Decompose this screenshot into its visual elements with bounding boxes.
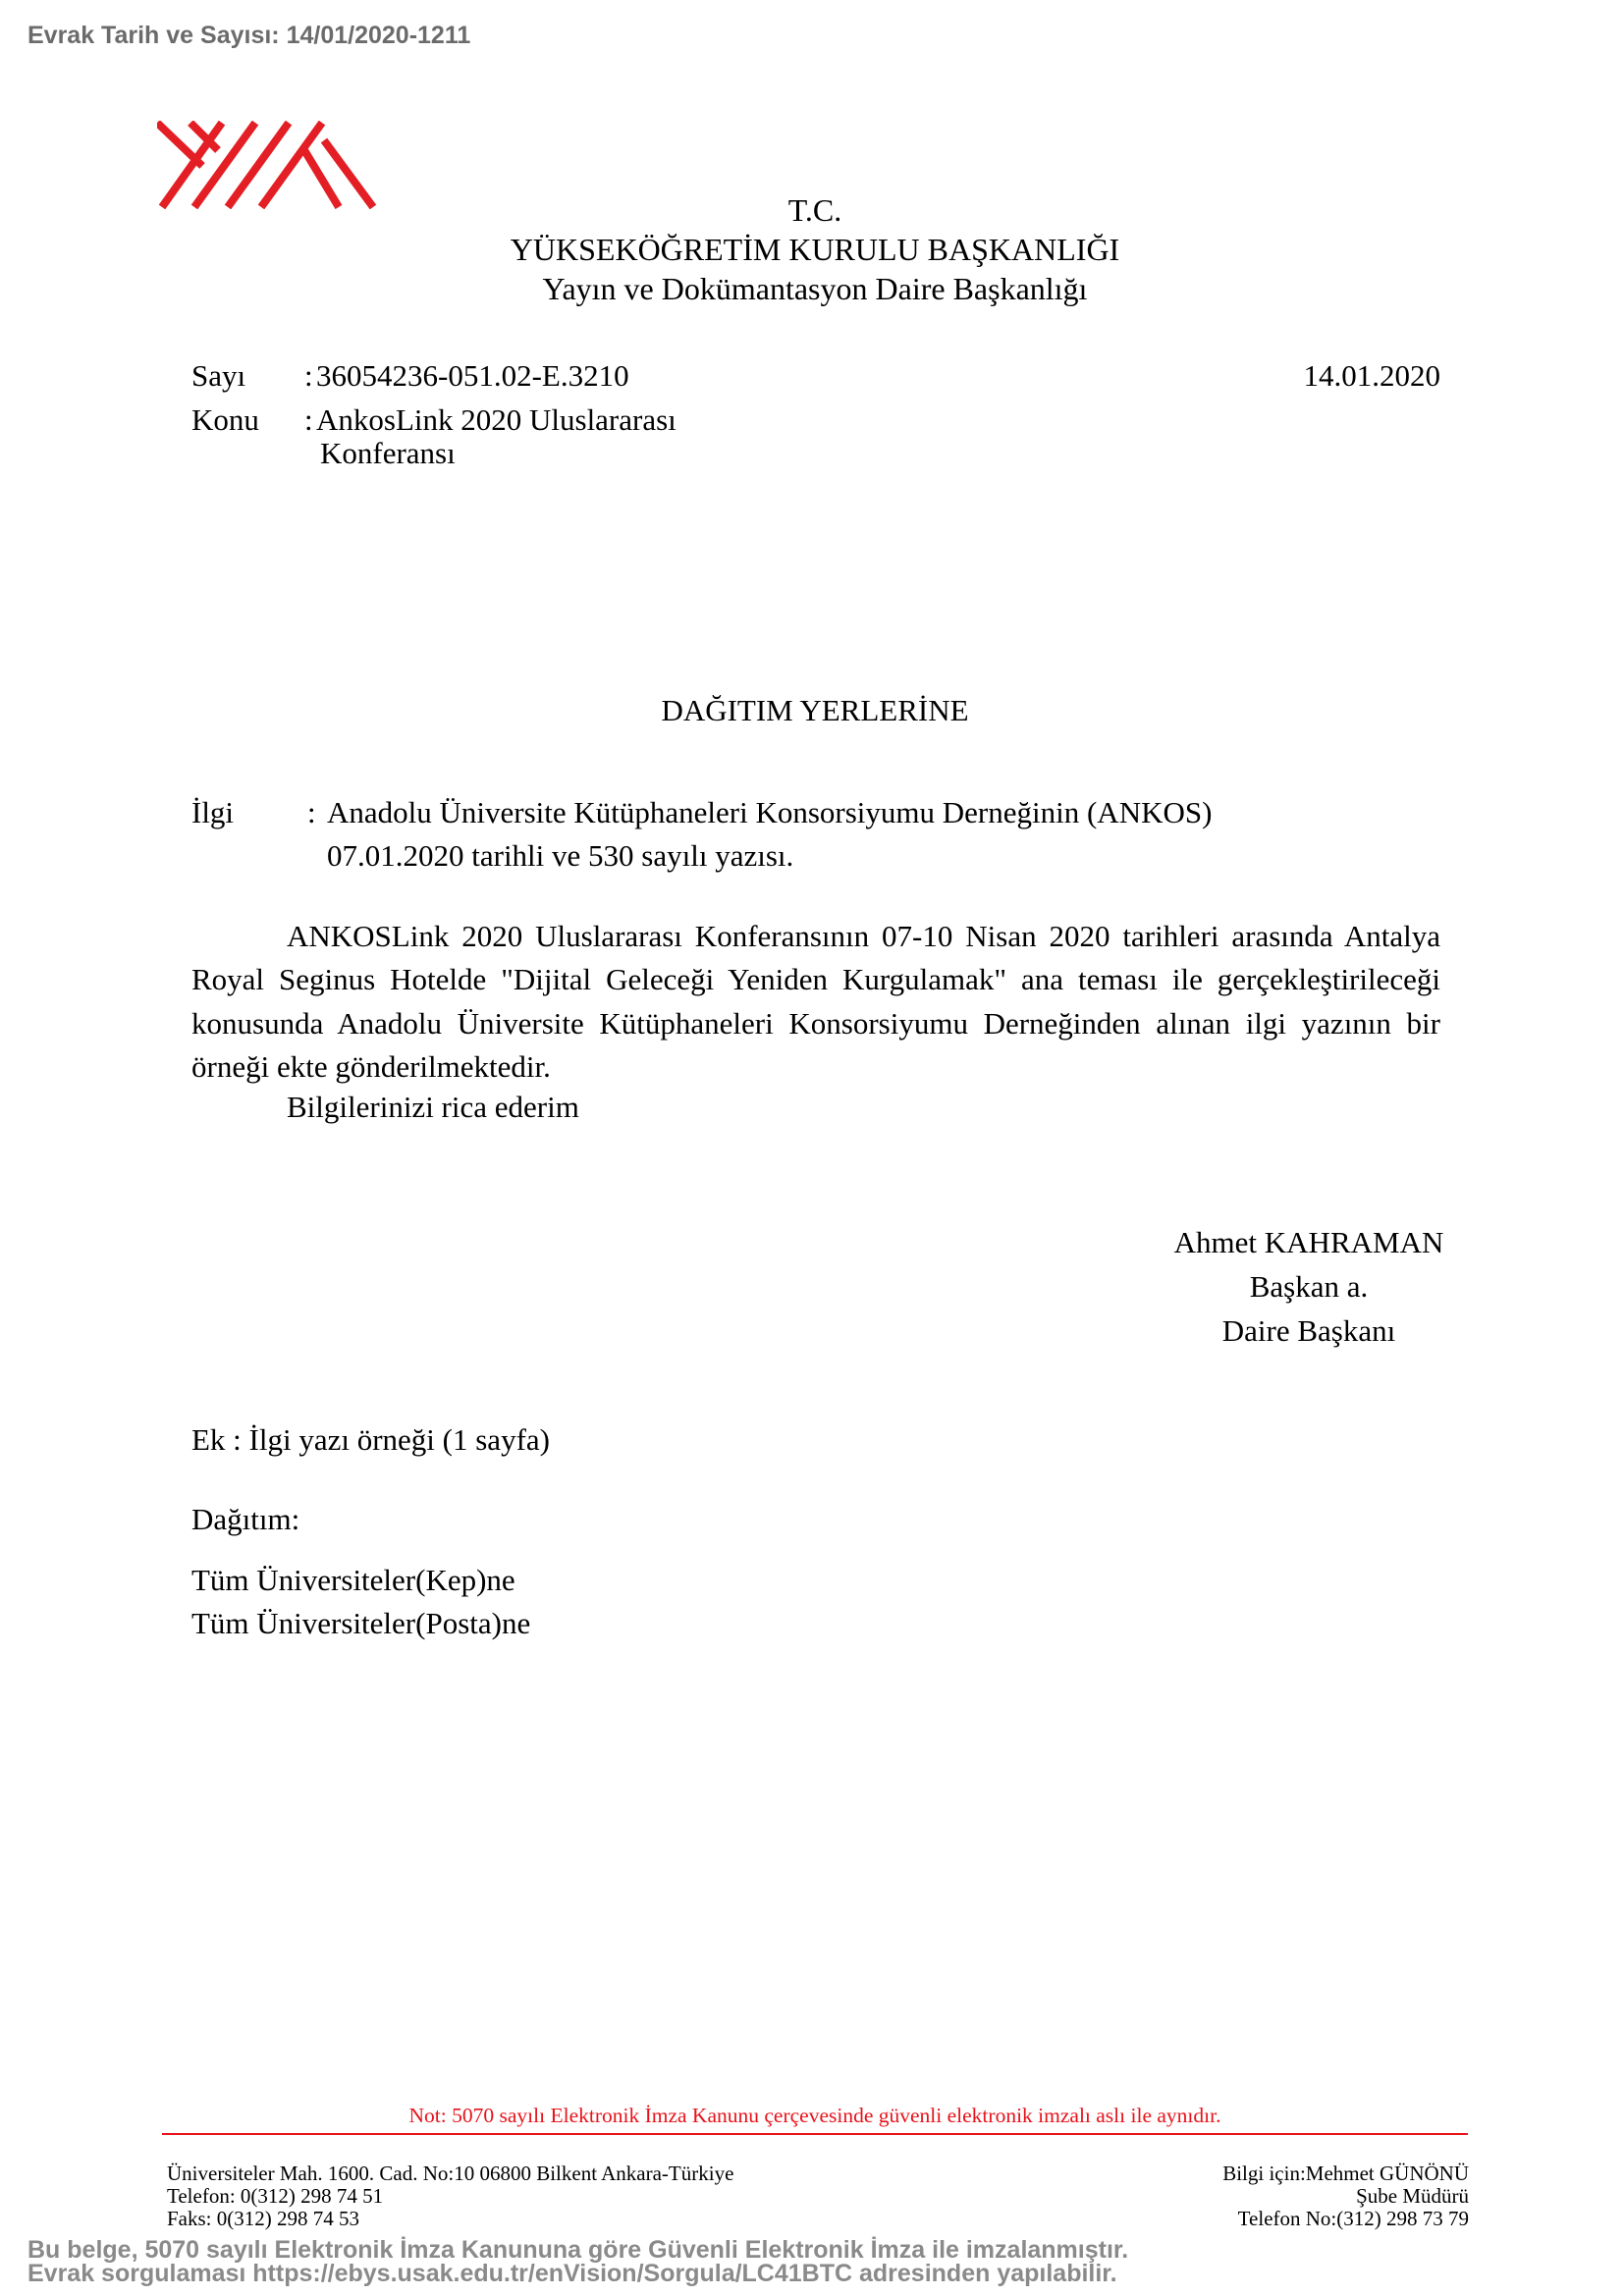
document-date: 14.01.2020 bbox=[1304, 358, 1441, 394]
footer-fax: Faks: 0(312) 298 74 53 bbox=[167, 2208, 733, 2230]
sayi-colon: : bbox=[304, 358, 313, 394]
footer-address-block: Üniversiteler Mah. 1600. Cad. No:10 0680… bbox=[167, 2163, 733, 2230]
distribution-item: Tüm Üniversiteler(Kep)ne bbox=[191, 1563, 515, 1598]
ilgi-reference-line1: Anadolu Üniversite Kütüphaneleri Konsors… bbox=[327, 795, 1212, 830]
distribution-item: Tüm Üniversiteler(Posta)ne bbox=[191, 1606, 530, 1641]
footer-address: Üniversiteler Mah. 1600. Cad. No:10 0680… bbox=[167, 2163, 733, 2185]
konu-colon: : bbox=[304, 402, 313, 438]
sayi-value: 36054236-051.02-E.3210 bbox=[316, 358, 629, 394]
signatory-name: Ahmet KAHRAMAN bbox=[1110, 1225, 1508, 1260]
signatory-title: Başkan a. bbox=[1110, 1269, 1508, 1305]
konu-value: AnkosLink 2020 Uluslararası bbox=[316, 402, 677, 438]
header-department: Yayın ve Dokümantasyon Daire Başkanlığı bbox=[0, 271, 1624, 307]
ilgi-colon: : bbox=[307, 795, 316, 830]
e-signature-verification-stamp: Bu belge, 5070 sayılı Elektronik İmza Ka… bbox=[27, 2239, 1128, 2285]
distribution-label: Dağıtım: bbox=[191, 1502, 299, 1537]
ilgi-reference-line2: 07.01.2020 tarihli ve 530 sayılı yazısı. bbox=[327, 838, 793, 874]
body-paragraph: ANKOSLink 2020 Uluslararası Konferansını… bbox=[191, 915, 1440, 1089]
footer-contact-block: Bilgi için:Mehmet GÜNÖNÜ Şube Müdürü Tel… bbox=[1222, 2163, 1469, 2230]
closing-line: Bilgilerinizi rica ederim bbox=[287, 1090, 579, 1125]
ilgi-label: İlgi bbox=[191, 795, 234, 830]
header-organization: YÜKSEKÖĞRETİM KURULU BAŞKANLIĞI bbox=[0, 232, 1624, 268]
signatory-position: Daire Başkanı bbox=[1110, 1313, 1508, 1349]
footer-divider bbox=[162, 2133, 1468, 2135]
konu-value-continued: Konferansı bbox=[320, 436, 456, 471]
attachment-line: Ek : İlgi yazı örneği (1 sayfa) bbox=[191, 1422, 550, 1458]
footer-phone: Telefon: 0(312) 298 74 51 bbox=[167, 2185, 733, 2208]
footer-contact-title: Şube Müdürü bbox=[1222, 2185, 1469, 2208]
verification-url-line[interactable]: Evrak sorgulaması https://ebys.usak.edu.… bbox=[27, 2263, 1128, 2286]
header-state: T.C. bbox=[0, 192, 1624, 229]
sayi-label: Sayı bbox=[191, 358, 245, 394]
e-signature-note: Not: 5070 sayılı Elektronik İmza Kanunu … bbox=[0, 2104, 1624, 2128]
addressee-heading: DAĞITIM YERLERİNE bbox=[0, 693, 1624, 728]
e-signature-statement: Bu belge, 5070 sayılı Elektronik İmza Ka… bbox=[27, 2239, 1128, 2263]
konu-label: Konu bbox=[191, 402, 259, 438]
footer-contact-phone: Telefon No:(312) 298 73 79 bbox=[1222, 2208, 1469, 2230]
footer-contact-person: Bilgi için:Mehmet GÜNÖNÜ bbox=[1222, 2163, 1469, 2185]
document-date-number-stamp: Evrak Tarih ve Sayısı: 14/01/2020-1211 bbox=[27, 22, 470, 50]
